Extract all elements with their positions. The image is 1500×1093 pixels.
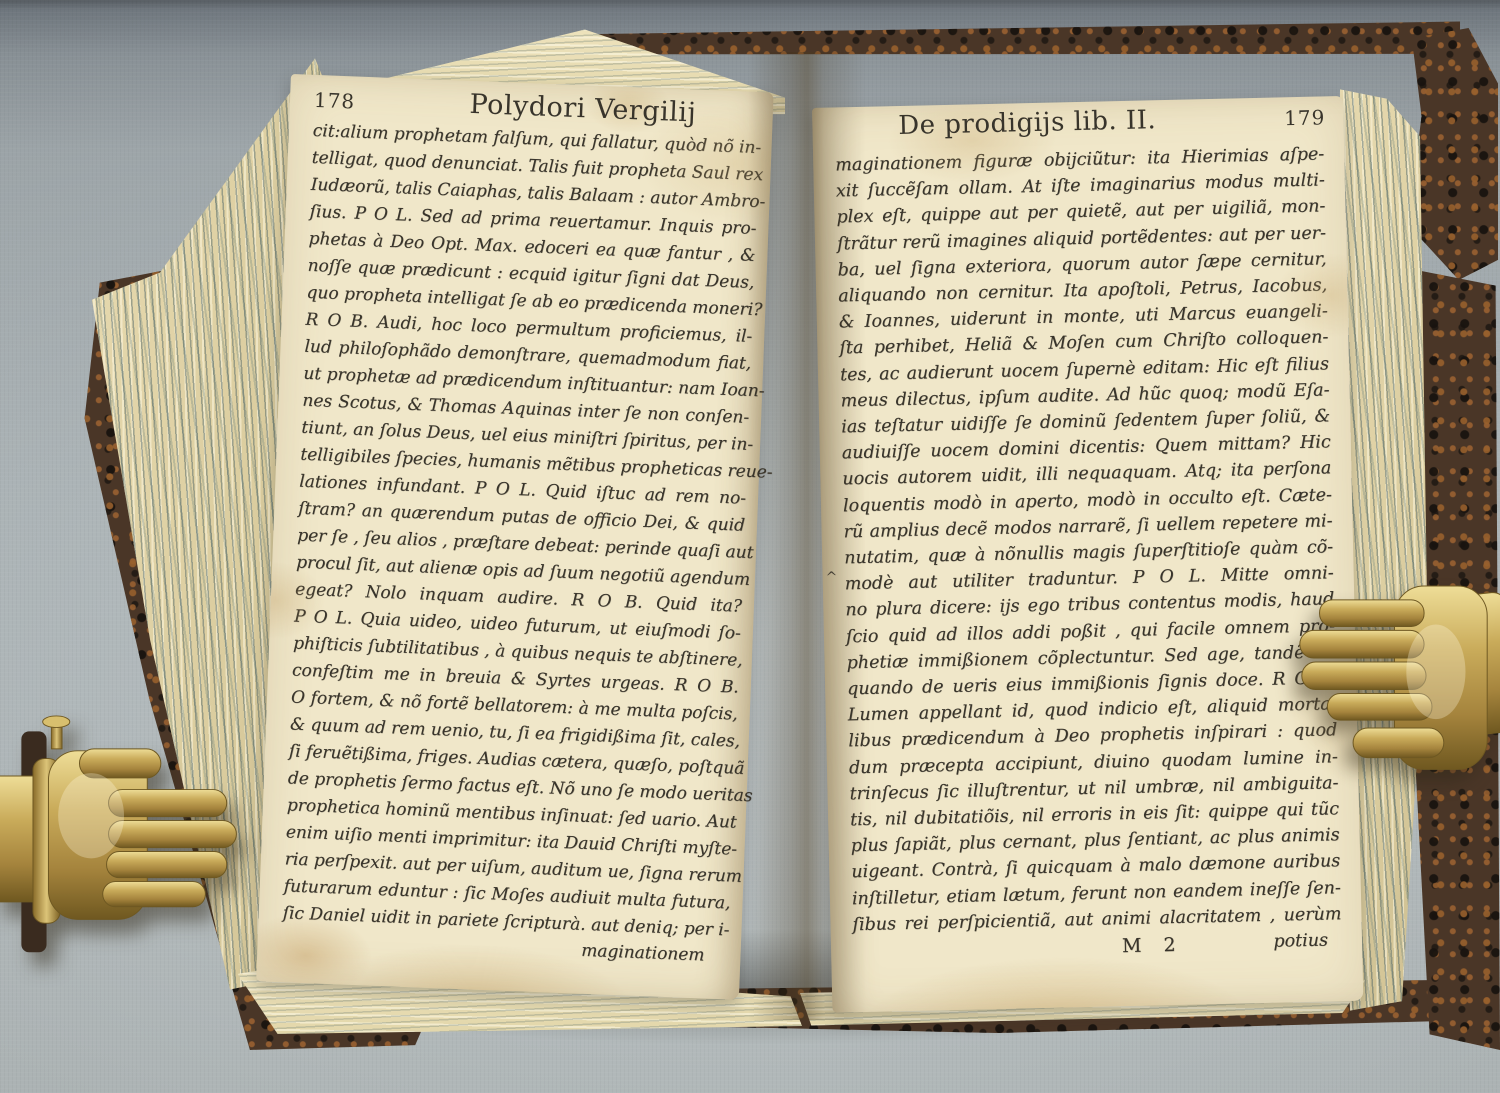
right-text-block: maginationem figuræ obijciũtur: ita Hier…	[835, 141, 1342, 938]
hand-index-finger	[109, 790, 227, 817]
left-folio-number: 178	[314, 88, 356, 114]
right-page-header: De prodigijs lib. II. 179	[812, 96, 1344, 143]
right-page: De prodigijs lib. II. 179 maginationem f…	[812, 96, 1363, 1013]
right-catchword: potius	[1273, 931, 1328, 952]
brass-hand-page-holder-right	[1288, 578, 1500, 810]
leather-cover-top-edge	[590, 14, 1460, 56]
hand-index-finger	[1320, 600, 1425, 627]
brass-highlight	[58, 773, 124, 858]
brass-hand-page-holder-left	[0, 714, 256, 961]
hand-little-finger	[103, 882, 206, 907]
hand-middle-finger	[109, 821, 237, 848]
hand-middle-finger	[1300, 630, 1424, 658]
brass-highlight	[1406, 624, 1465, 719]
right-folio-number: 179	[1284, 105, 1326, 130]
hand-thumb	[1353, 728, 1444, 758]
right-running-title: De prodigijs lib. II.	[800, 103, 1254, 143]
clamp-screw-head	[43, 716, 70, 728]
margin-caret-mark: ^	[825, 570, 837, 586]
hand-ring-finger	[107, 852, 227, 878]
open-book: 178 Polydori Vergilij cit:alium propheta…	[0, 0, 1500, 1093]
left-page: 178 Polydori Vergilij cit:alium propheta…	[256, 74, 774, 1000]
signature-mark: M 2	[1122, 934, 1176, 957]
left-text-block: cit:alium prophetam falſum, qui fallatur…	[282, 118, 760, 945]
